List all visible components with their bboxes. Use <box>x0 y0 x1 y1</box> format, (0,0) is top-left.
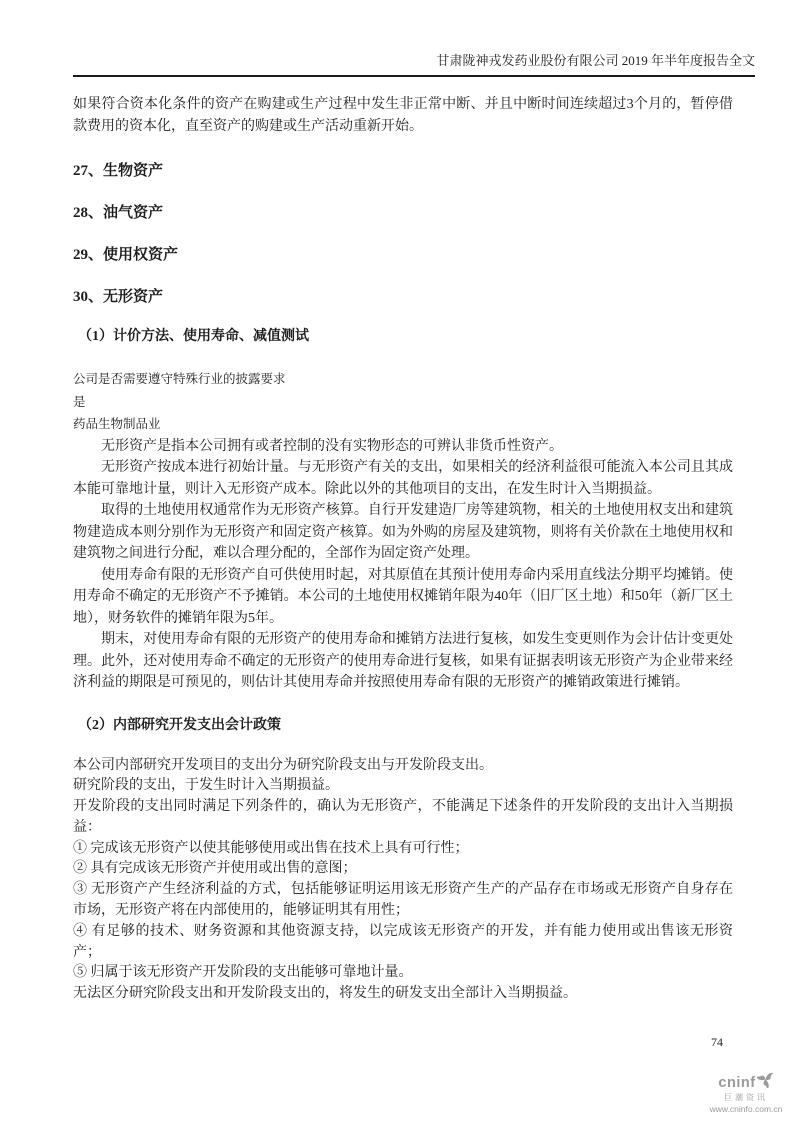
industry-label: 药品生物制品业 <box>73 413 733 436</box>
sub-heading-2: （2）内部研究开发支出会计政策 <box>73 718 733 734</box>
section-heading-29: 29、使用权资产 <box>73 247 733 263</box>
section-heading-28: 28、油气资产 <box>73 205 733 221</box>
cninfo-url: www.cninfo.com.cn <box>703 1105 789 1114</box>
paragraph: 研究阶段的支出，于发生时计入当期损益。 <box>73 776 733 797</box>
list-item: ④ 有足够的技术、财务资源和其他资源支持，以完成该无形资产的开发，并有能力使用或… <box>73 922 733 964</box>
disclosure-question: 公司是否需要遵守特殊行业的披露要求 <box>73 368 733 391</box>
section-heading-27: 27、生物资产 <box>73 163 733 179</box>
list-item: ③ 无形资产产生经济利益的方式，包括能够证明运用该无形资产生产的产品存在市场或无… <box>73 880 733 922</box>
rd-policy-block: 本公司内部研究开发项目的支出分为研究阶段支出与开发阶段支出。 研究阶段的支出，于… <box>73 756 733 1006</box>
cninfo-swirl-icon <box>757 1071 774 1093</box>
cninfo-tagline: 巨潮资讯 <box>703 1094 789 1103</box>
paragraph-intro: 如果符合资本化条件的资产在购建或生产过程中发生非正常中断、并且中断时间连续超过3… <box>73 94 733 137</box>
section-heading-30: 30、无形资产 <box>73 289 733 305</box>
header-title: 甘肃陇神戎发药业股份有限公司 2019 年半年度报告全文 <box>436 53 755 68</box>
paragraph: 开发阶段的支出同时满足下列条件的，确认为无形资产，不能满足下述条件的开发阶段的支… <box>73 797 733 839</box>
page-header: 甘肃陇神戎发药业股份有限公司 2019 年半年度报告全文 <box>73 50 755 77</box>
paragraph: 取得的土地使用权通常作为无形资产核算。自行开发建造厂房等建筑物，相关的土地使用权… <box>73 500 733 565</box>
paragraph: 期末，对使用寿命有限的无形资产的使用寿命和摊销方法进行复核，如发生变更则作为会计… <box>73 629 733 694</box>
disclosure-block: 公司是否需要遵守特殊行业的披露要求 是 药品生物制品业 <box>73 368 733 436</box>
cninfo-brand-text: cninf <box>718 1076 755 1092</box>
paragraph: 无法区分研究阶段支出和开发阶段支出的，将发生的研发支出全部计入当期损益。 <box>73 984 733 1005</box>
sub-heading-1: （1）计价方法、使用寿命、减值测试 <box>73 329 733 345</box>
document-page: 甘肃陇神戎发药业股份有限公司 2019 年半年度报告全文 如果符合资本化条件的资… <box>0 0 793 1122</box>
paragraph: 使用寿命有限的无形资产自可供使用时起，对其原值在其预计使用寿命内采用直线法分期平… <box>73 565 733 630</box>
disclosure-answer: 是 <box>73 391 733 414</box>
paragraph: 无形资产按成本进行初始计量。与无形资产有关的支出，如果相关的经济利益很可能流入本… <box>73 457 733 500</box>
cninfo-logo: cninf 巨潮资讯 www.cninfo.com.cn <box>703 1074 789 1114</box>
page-content: 如果符合资本化条件的资产在购建或生产过程中发生非正常中断、并且中断时间连续超过3… <box>73 88 733 1005</box>
paragraph: 无形资产是指本公司拥有或者控制的没有实物形态的可辨认非货币性资产。 <box>73 436 733 458</box>
page-number: 74 <box>711 1035 723 1050</box>
list-item: ⑤ 归属于该无形资产开发阶段的支出能够可靠地计量。 <box>73 963 733 984</box>
cninfo-logo-row: cninf <box>703 1074 789 1093</box>
list-item: ① 完成该无形资产以使其能够使用或出售在技术上具有可行性； <box>73 839 733 860</box>
paragraph: 本公司内部研究开发项目的支出分为研究阶段支出与开发阶段支出。 <box>73 756 733 777</box>
list-item: ② 具有完成该无形资产并使用或出售的意图； <box>73 859 733 880</box>
